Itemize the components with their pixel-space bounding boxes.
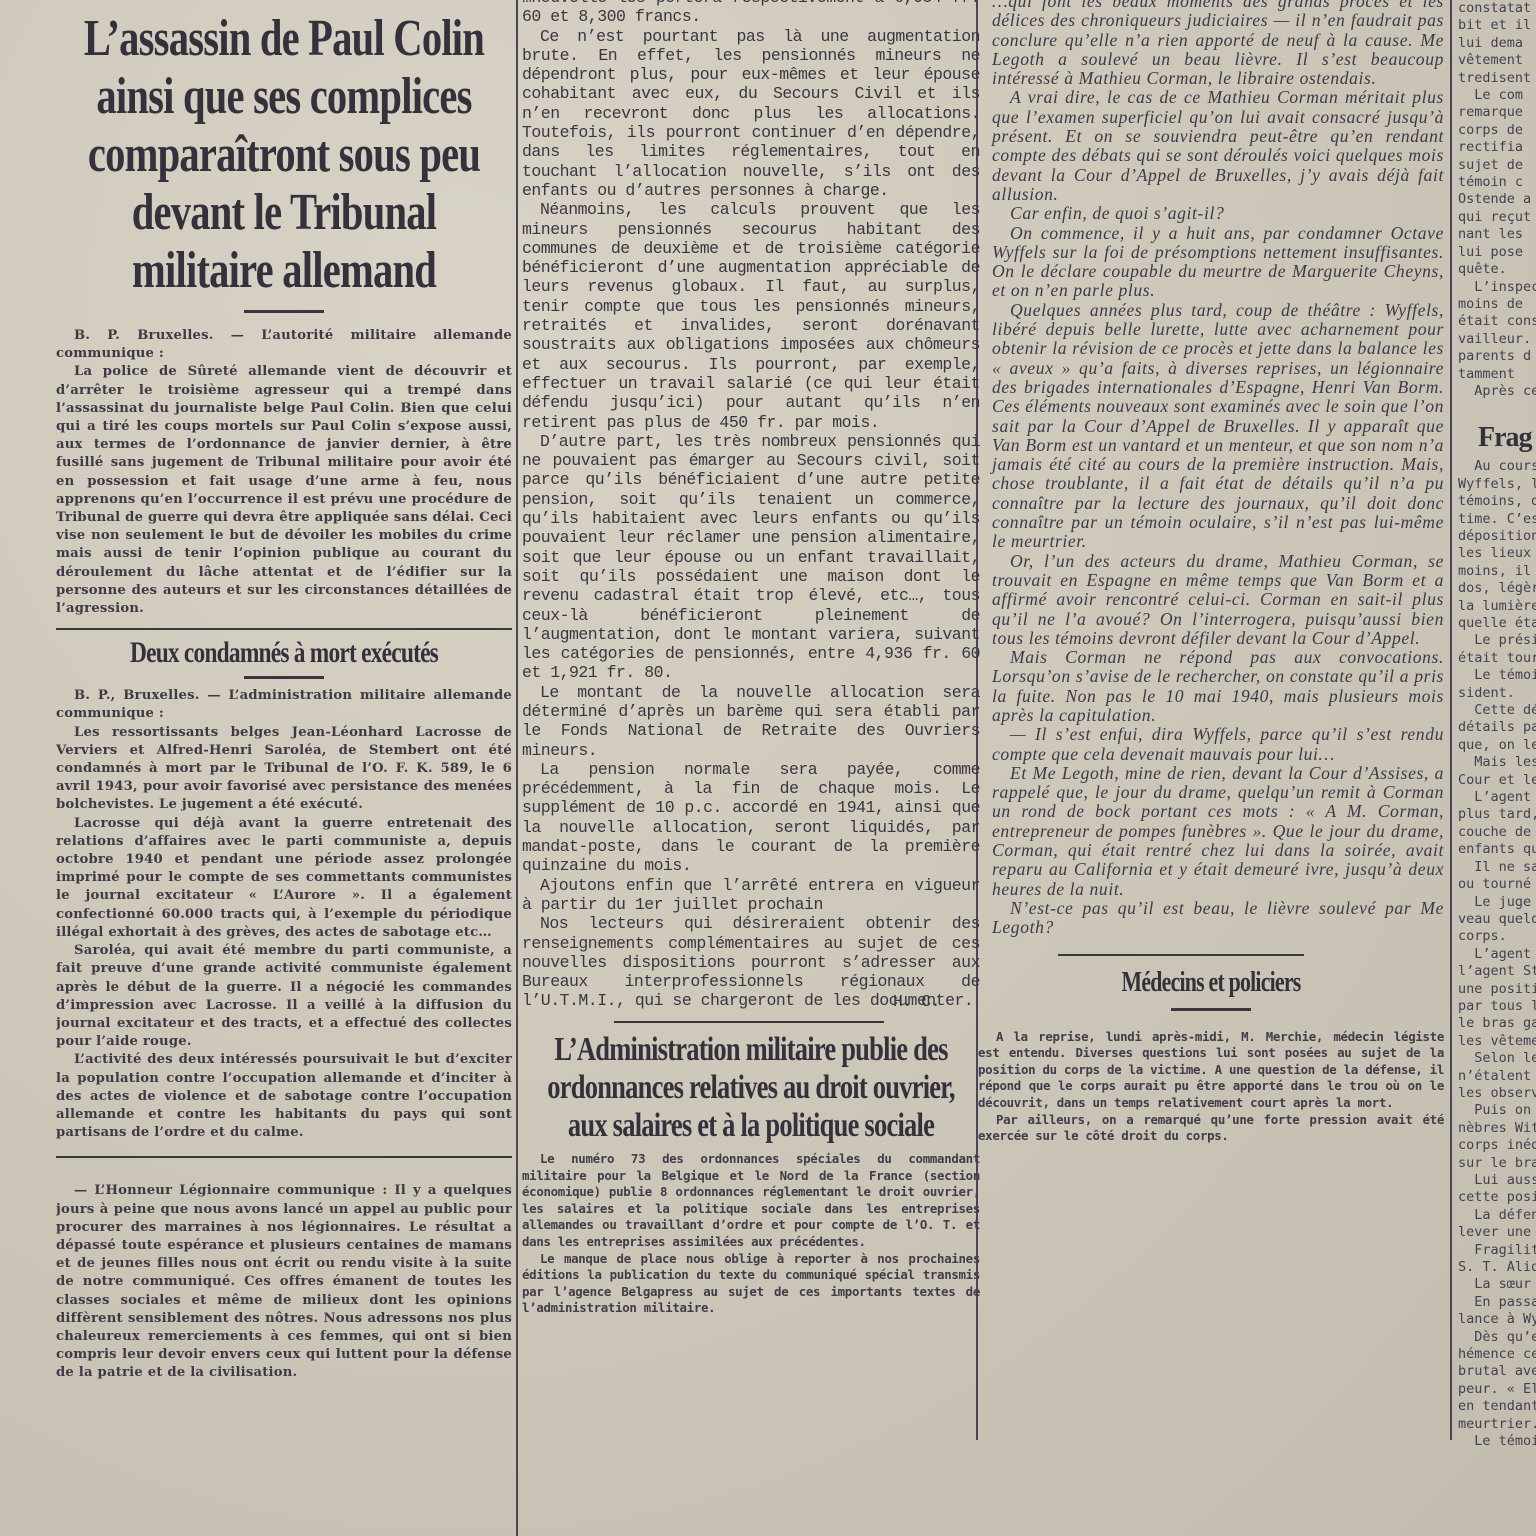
text-line: les vêtement xyxy=(1458,1033,1536,1050)
text-line: L’inspec xyxy=(1458,279,1536,296)
text-line: était tourn xyxy=(1458,650,1536,667)
paragraph: Ce n’est pourtant pas là une augmentatio… xyxy=(522,27,980,201)
text-line: par tous les xyxy=(1458,998,1536,1015)
text-line: corps de xyxy=(1458,122,1536,139)
text-line: Wyffels, la xyxy=(1458,476,1536,493)
paragraph: La police de Sûreté allemande vient de d… xyxy=(56,363,512,618)
text-line: Mais les xyxy=(1458,754,1536,771)
text-line: nèbres Wittew xyxy=(1458,1120,1536,1137)
paragraph: Mais Corman ne répond pas aux convocatio… xyxy=(992,648,1444,725)
partial-article-lines: constatatbit et illui demavêtementtredis… xyxy=(1458,0,1536,400)
headline-divider xyxy=(244,676,324,679)
text-line: plus tard, l xyxy=(1458,806,1536,823)
text-line: les observati xyxy=(1458,1085,1536,1102)
text-line: Selon le xyxy=(1458,1050,1536,1067)
headline-divider xyxy=(244,310,324,313)
paragraph: …nouvelle les portera respectivement à 6… xyxy=(522,0,980,27)
text-line: rectifia xyxy=(1458,139,1536,156)
column-2: …nouvelle les portera respectivement à 6… xyxy=(522,0,980,1317)
text-line: quête. xyxy=(1458,261,1536,278)
text-line: la lumière. xyxy=(1458,598,1536,615)
column-rule-1 xyxy=(516,0,518,1536)
paragraph: — Il s’est enfui, dira Wyffels, parce qu… xyxy=(992,725,1444,764)
paragraph: B. P. Bruxelles. — L’autorité militaire … xyxy=(56,327,512,363)
text-line: Le témoin xyxy=(1458,667,1536,684)
text-line: moins de xyxy=(1458,296,1536,313)
article-headline-paul-colin: L’assassin de Paul Colin ainsi que ses c… xyxy=(59,10,508,300)
text-line: les lieux e xyxy=(1458,545,1536,562)
text-line: bit et il xyxy=(1458,17,1536,34)
text-line: lance à Wyffel xyxy=(1458,1311,1536,1328)
article-headline-executions: Deux condamnés à mort exécutés xyxy=(75,636,493,670)
paragraph: L’activité des deux intéressés poursuiva… xyxy=(56,1051,512,1142)
text-line: lui pose xyxy=(1458,244,1536,261)
text-line: couche de s xyxy=(1458,824,1536,841)
text-line: Il ne sait xyxy=(1458,859,1536,876)
paragraph: Et Me Legoth, mine de rien, devant la Co… xyxy=(992,764,1444,899)
text-line: hémence ce qu xyxy=(1458,1346,1536,1363)
paragraph: Par ailleurs, on a remarqué qu’une forte… xyxy=(978,1112,1444,1145)
text-line: Dès qu’elle xyxy=(1458,1329,1536,1346)
text-line: Cette dép xyxy=(1458,702,1536,719)
text-line: une position xyxy=(1458,981,1536,998)
text-line: La défense s xyxy=(1458,1207,1536,1224)
text-line: sujet de xyxy=(1458,157,1536,174)
section-divider xyxy=(56,1156,512,1158)
section-divider xyxy=(614,1021,884,1023)
text-line: que, on le xyxy=(1458,737,1536,754)
text-line: En passant xyxy=(1458,1294,1536,1311)
text-line: Puis on ent xyxy=(1458,1102,1536,1119)
text-line: corps. xyxy=(1458,928,1536,945)
column-4-partial: constatatbit et illui demavêtementtredis… xyxy=(1452,0,1536,1451)
text-line: corps inédite xyxy=(1458,1137,1536,1154)
paragraph: On commence, il y a huit ans, par condam… xyxy=(992,224,1444,301)
text-line: ou tourné v xyxy=(1458,876,1536,893)
paragraph: A vrai dire, le cas de ce Mathieu Corman… xyxy=(992,88,1444,204)
paragraph: Ajoutons enfin que l’arrêté entrera en v… xyxy=(522,876,980,915)
text-line: cette position. xyxy=(1458,1189,1536,1206)
partial-article-lines: Au coursWyffels, latémoins, dtime. C’est… xyxy=(1458,458,1536,1450)
article-body-ordonnances: Le numéro 73 des ordonnances spéciales d… xyxy=(522,1151,980,1317)
text-line: time. C’est xyxy=(1458,511,1536,528)
text-line: meurtrier. » xyxy=(1458,1416,1536,1433)
text-line: lui dema xyxy=(1458,35,1536,52)
column-1: L’assassin de Paul Colin ainsi que ses c… xyxy=(56,0,512,1383)
paragraph: Quelques années plus tard, coup de théât… xyxy=(992,301,1444,552)
text-line: Le témoin fa xyxy=(1458,1433,1536,1450)
paragraph: Les ressortissants belges Jean-Léonhard … xyxy=(56,724,512,815)
paragraph: — L’Honneur Légionnaire communique : Il … xyxy=(56,1182,512,1382)
text-line: quelle étai xyxy=(1458,615,1536,632)
text-line: brutal avec Ma xyxy=(1458,1363,1536,1380)
text-line: Lui aussi s xyxy=(1458,1172,1536,1189)
article-body-medecins: A la reprise, lundi après-midi, M. Merch… xyxy=(978,1029,1444,1145)
text-line: Le préside xyxy=(1458,632,1536,649)
text-line: qui reçut xyxy=(1458,209,1536,226)
text-line: Fragilité des xyxy=(1458,1242,1536,1259)
paragraph: Car enfin, de quoi s’agit-il? xyxy=(992,204,1444,223)
text-line: en tendant le xyxy=(1458,1398,1536,1415)
article-headline-medecins: Médecins et policiers xyxy=(998,966,1424,1000)
text-line: parents d xyxy=(1458,348,1536,365)
text-line: était cons xyxy=(1458,313,1536,330)
paragraph: Le numéro 73 des ordonnances spéciales d… xyxy=(522,1151,980,1251)
text-line: témoins, d xyxy=(1458,493,1536,510)
paragraph: Saroléa, qui avait été membre du parti c… xyxy=(56,942,512,1051)
paragraph: Le manque de place nous oblige à reporte… xyxy=(522,1251,980,1317)
text-line: sur le bras d xyxy=(1458,1155,1536,1172)
section-divider xyxy=(56,628,512,630)
paragraph: Néanmoins, les calculs prouvent que les … xyxy=(522,200,980,432)
text-line: Après ce xyxy=(1458,383,1536,400)
text-line: Ostende a xyxy=(1458,191,1536,208)
text-line: L’agent d xyxy=(1458,789,1536,806)
text-line: dépositions xyxy=(1458,528,1536,545)
text-line: sident. xyxy=(1458,685,1536,702)
paragraph: D’autre part, les très nombreux pensionn… xyxy=(522,432,980,683)
text-line: La sœur de xyxy=(1458,1276,1536,1293)
headline-divider xyxy=(1171,1008,1251,1011)
text-line: n’étalent pas xyxy=(1458,1068,1536,1085)
paragraph: Le montant de la nouvelle allocation ser… xyxy=(522,683,980,760)
text-line: S. T. Alida xyxy=(1458,1259,1536,1276)
text-line: vailleur. xyxy=(1458,331,1536,348)
text-line: veau quelqu xyxy=(1458,911,1536,928)
article-body-executions: B. P., Bruxelles. — L’administration mil… xyxy=(56,687,512,1142)
text-line: tamment xyxy=(1458,366,1536,383)
article-headline-ordonnances: L’Administration militaire publie des or… xyxy=(541,1031,961,1145)
text-line: le bras gauc xyxy=(1458,1015,1536,1032)
text-line: témoin c xyxy=(1458,174,1536,191)
text-line: tredisent xyxy=(1458,70,1536,87)
text-line: Le com xyxy=(1458,87,1536,104)
text-line: détails par xyxy=(1458,719,1536,736)
paragraph: Lacrosse qui déjà avant la guerre entret… xyxy=(56,815,512,942)
text-line: nant les xyxy=(1458,226,1536,243)
paragraph: La pension normale sera payée, comme pré… xyxy=(522,760,980,876)
paragraph: A la reprise, lundi après-midi, M. Merch… xyxy=(978,1029,1444,1112)
article-body-honneur-legionnaire: — L’Honneur Légionnaire communique : Il … xyxy=(56,1182,512,1382)
text-line: enfants qui xyxy=(1458,841,1536,858)
text-line: peur. « Elle n’ xyxy=(1458,1381,1536,1398)
column-3: …qui font les beaux moments des grands p… xyxy=(978,0,1444,1145)
article-body-paul-colin: B. P. Bruxelles. — L’autorité militaire … xyxy=(56,327,512,618)
text-line: remarque xyxy=(1458,104,1536,121)
article-body-pensions: …nouvelle les portera respectivement à 6… xyxy=(522,0,980,1011)
partial-headline-fragment: Frag xyxy=(1478,422,1536,454)
paragraph: N’est-ce pas qu’il est beau, le lièvre s… xyxy=(992,899,1444,938)
text-line: L’agent Mo xyxy=(1458,946,1536,963)
text-line: Cour et le xyxy=(1458,772,1536,789)
text-line: vêtement xyxy=(1458,52,1536,69)
paragraph: B. P., Bruxelles. — L’administration mil… xyxy=(56,687,512,723)
text-line: Le juge d’i xyxy=(1458,894,1536,911)
text-line: dos, légère xyxy=(1458,580,1536,597)
text-line: moins, il a xyxy=(1458,563,1536,580)
text-line: lever une erre xyxy=(1458,1224,1536,1241)
section-divider xyxy=(1058,954,1304,956)
text-line: l’agent Steem xyxy=(1458,963,1536,980)
text-line: constatat xyxy=(1458,0,1536,17)
paragraph: Or, l’un des acteurs du drame, Mathieu C… xyxy=(992,552,1444,648)
paragraph: …qui font les beaux moments des grands p… xyxy=(992,0,1444,88)
text-line: Au cours xyxy=(1458,458,1536,475)
article-body-wyffels-trial: …qui font les beaux moments des grands p… xyxy=(978,0,1444,938)
